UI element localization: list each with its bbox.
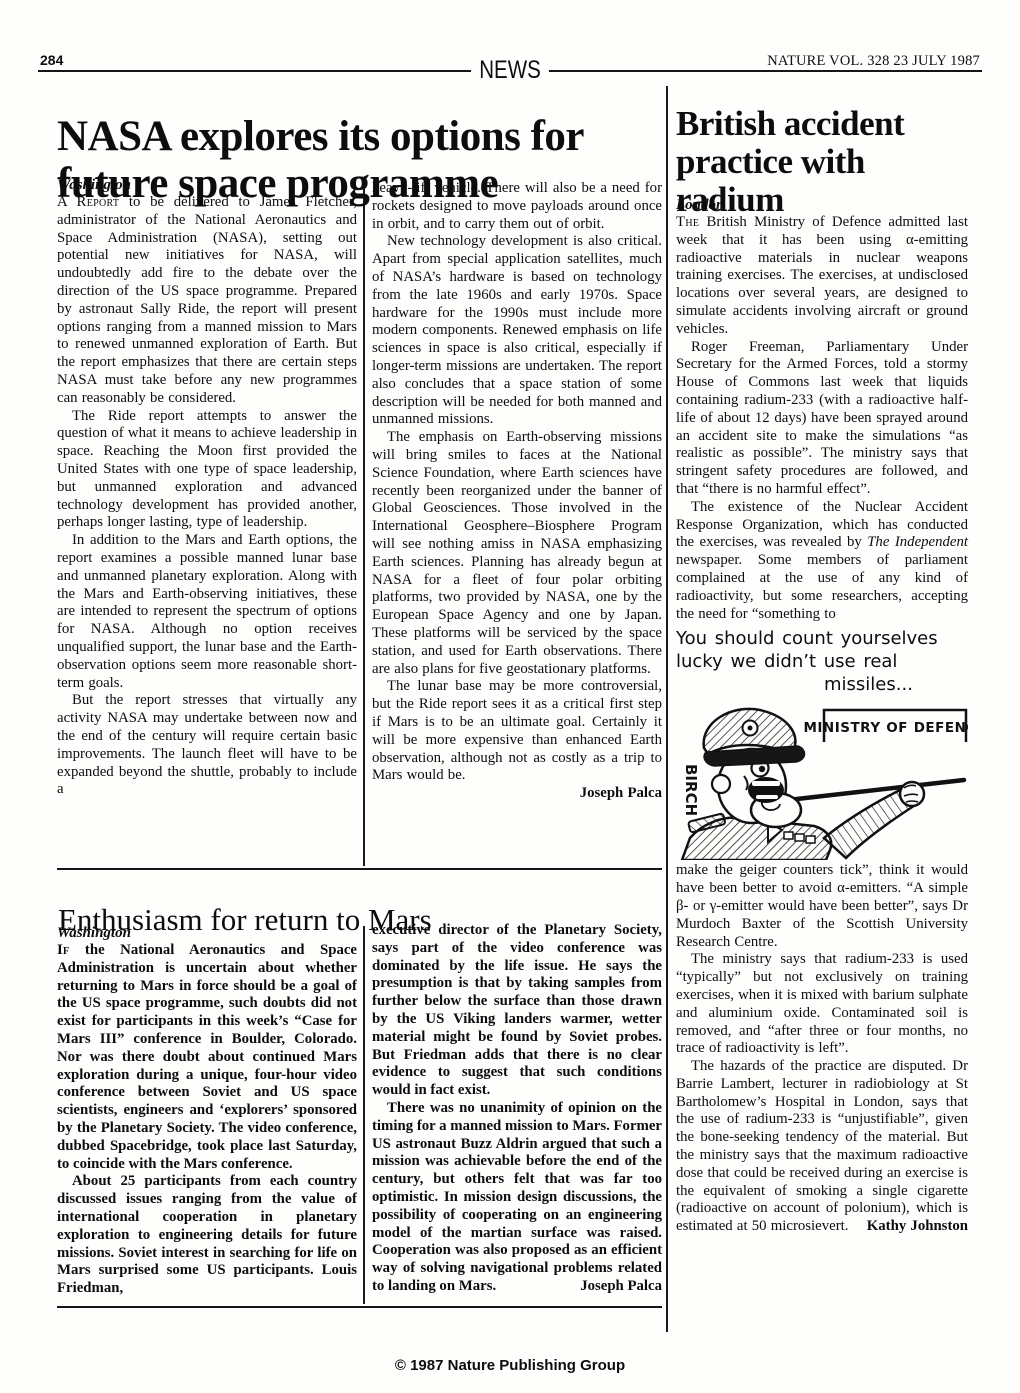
smallcaps-lead: The: [676, 214, 699, 230]
paragraph: The ministry says that radium-233 is use…: [676, 951, 968, 1058]
paragraph-text: There was no unanimity of opinion on the…: [372, 1100, 662, 1294]
byline: Joseph Palca: [565, 1278, 662, 1296]
rule-above-mars-article: [57, 868, 662, 870]
paragraph: The existence of the Nuclear Accident Re…: [676, 499, 968, 624]
mouth: [748, 777, 784, 803]
column-divider-nasa: [363, 182, 365, 866]
paragraph: heavy-lift vehicle. There will also be a…: [372, 180, 662, 233]
paragraph: The lunar base may be more controversial…: [372, 678, 662, 785]
paragraph: executive director of the Planetary Soci…: [372, 922, 662, 1100]
paragraph: About 25 participants from each country …: [57, 1173, 357, 1298]
column-divider-right: [666, 86, 668, 1332]
smallcaps-lead: If: [57, 942, 69, 958]
mars-article-column-1: Washington If the National Aeronautics a…: [57, 924, 357, 1298]
italic-newspaper-name: The Independent: [867, 534, 968, 550]
paragraph: The Ride report attempts to answer the q…: [57, 408, 357, 533]
paragraph: make the geiger counters tick”, think it…: [676, 862, 968, 951]
page-number: 284: [40, 52, 63, 68]
paragraph: Roger Freeman, Parliamentary Under Secre…: [676, 339, 968, 499]
paragraph-text: to be delivered to James Fletcher, admin…: [57, 194, 357, 406]
mars-article-column-2: executive director of the Planetary Soci…: [372, 922, 662, 1296]
rule-below-mars-article: [57, 1306, 662, 1308]
dateline: Washington: [57, 176, 357, 194]
paragraph-text: newspaper. Some members of parliament co…: [676, 552, 968, 621]
journal-issue-label: NATURE VOL. 328 23 JULY 1987: [767, 53, 980, 70]
paragraph: New technology development is also criti…: [372, 233, 662, 429]
column-divider-mars: [363, 926, 365, 1304]
section-label: NEWS: [471, 56, 549, 85]
radium-article-column: London The British Ministry of Defence a…: [676, 196, 968, 1236]
cartoonist-signature: BIRCH: [682, 764, 700, 816]
swagger-stick: [788, 780, 964, 800]
paragraph: If the National Aeronautics and Space Ad…: [57, 942, 357, 1173]
byline: Kathy Johnston: [852, 1218, 968, 1236]
smallcaps-lead: Report: [77, 194, 120, 210]
dateline: Washington: [57, 924, 357, 942]
paragraph: The emphasis on Earth-observing missions…: [372, 429, 662, 678]
lead-word: A: [57, 194, 77, 210]
paragraph-text: the National Aeronautics and Space Admin…: [57, 942, 357, 1172]
paragraph-text: The hazards of the practice are disputed…: [676, 1058, 968, 1234]
byline: Joseph Palca: [372, 785, 662, 803]
paragraph: There was no unanimity of opinion on the…: [372, 1100, 662, 1296]
caption-line: lucky we didn’t use real: [676, 651, 897, 672]
cartoon-caption: You should count yourselves lucky we did…: [676, 627, 968, 696]
dateline: London: [676, 196, 968, 214]
caption-line: missiles...: [824, 673, 968, 696]
editorial-cartoon: You should count yourselves lucky we did…: [676, 627, 968, 860]
caption-line: You should count yourselves: [676, 628, 938, 649]
ear: [712, 775, 730, 793]
nasa-article-column-1: Washington A Report to be delivered to J…: [57, 176, 357, 799]
paragraph: In addition to the Mars and Earth option…: [57, 532, 357, 692]
paragraph-text: British Ministry of Defence admitted las…: [676, 214, 968, 337]
paragraph: But the report stresses that virtually a…: [57, 692, 357, 799]
copyright-notice: © 1987 Nature Publishing Group: [0, 1357, 1020, 1374]
paragraph: The hazards of the practice are disputed…: [676, 1058, 968, 1236]
nasa-article-column-2: heavy-lift vehicle. There will also be a…: [372, 180, 662, 803]
cartoon-drawing: BIRCH MINISTRY OF DEFENCE: [676, 698, 968, 860]
ministry-of-defence-sign: MINISTRY OF DEFENCE: [803, 720, 968, 736]
paragraph: A Report to be delivered to James Fletch…: [57, 194, 357, 408]
paragraph: The British Ministry of Defence admitted…: [676, 214, 968, 339]
